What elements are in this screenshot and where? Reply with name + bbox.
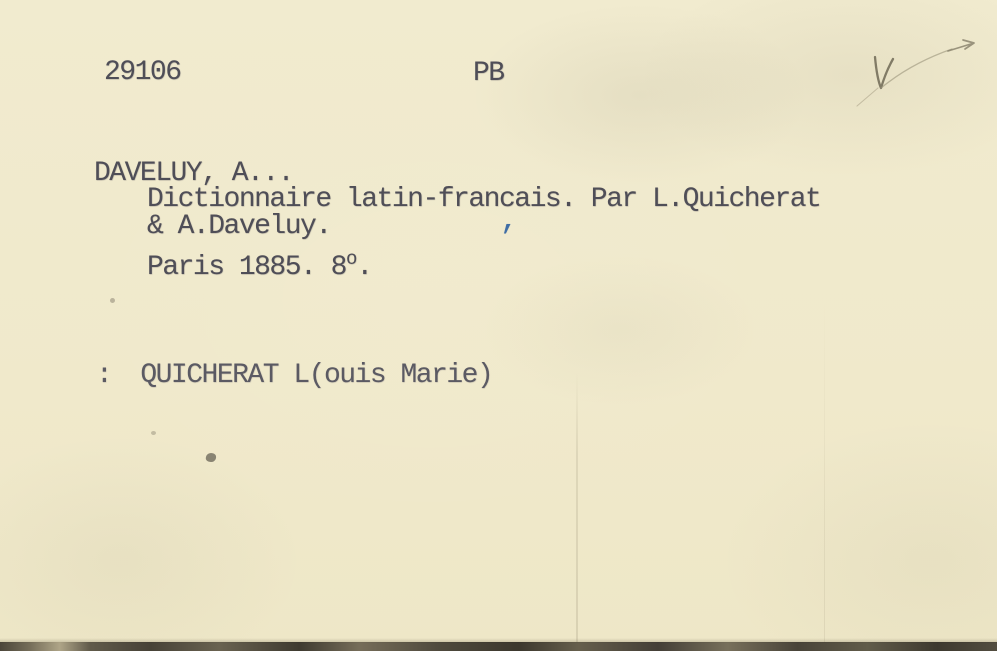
card-crease-line [576, 372, 578, 643]
cross-reference-colon: : [96, 360, 111, 391]
cross-reference-name: QUICHERAT L(ouis Marie) [140, 360, 492, 391]
imprint-text: Paris 1885. 8 [147, 252, 346, 283]
title-text-after-cedilla: ais. Par L.Quicherat [514, 184, 820, 215]
paper-speck-faint [110, 298, 115, 303]
cedilla-ink: , [500, 207, 517, 235]
catalog-number: 29106 [104, 59, 181, 87]
scan-edge-shadow [0, 642, 997, 651]
imprint-format-superscript: o [346, 245, 356, 273]
card-crease-line-faint [824, 300, 825, 643]
classification-code: PB [473, 60, 504, 88]
imprint-period: . [356, 252, 371, 283]
title-statement: Dictionnaire latin-franc,ais. Par L.Quic… [147, 186, 820, 214]
paper-speck-faint [151, 431, 156, 435]
catalog-card: 29106 PB DAVELUY, A... Dictionnaire lati… [0, 0, 997, 651]
imprint-line: Paris 1885. 8o. [147, 245, 372, 282]
title-continuation: & A.Daveluy. [147, 213, 331, 241]
cross-reference-line: :QUICHERAT L(ouis Marie) [96, 362, 492, 390]
pencil-checkmark-arrow-icon [848, 18, 997, 113]
paper-speck [205, 452, 217, 463]
